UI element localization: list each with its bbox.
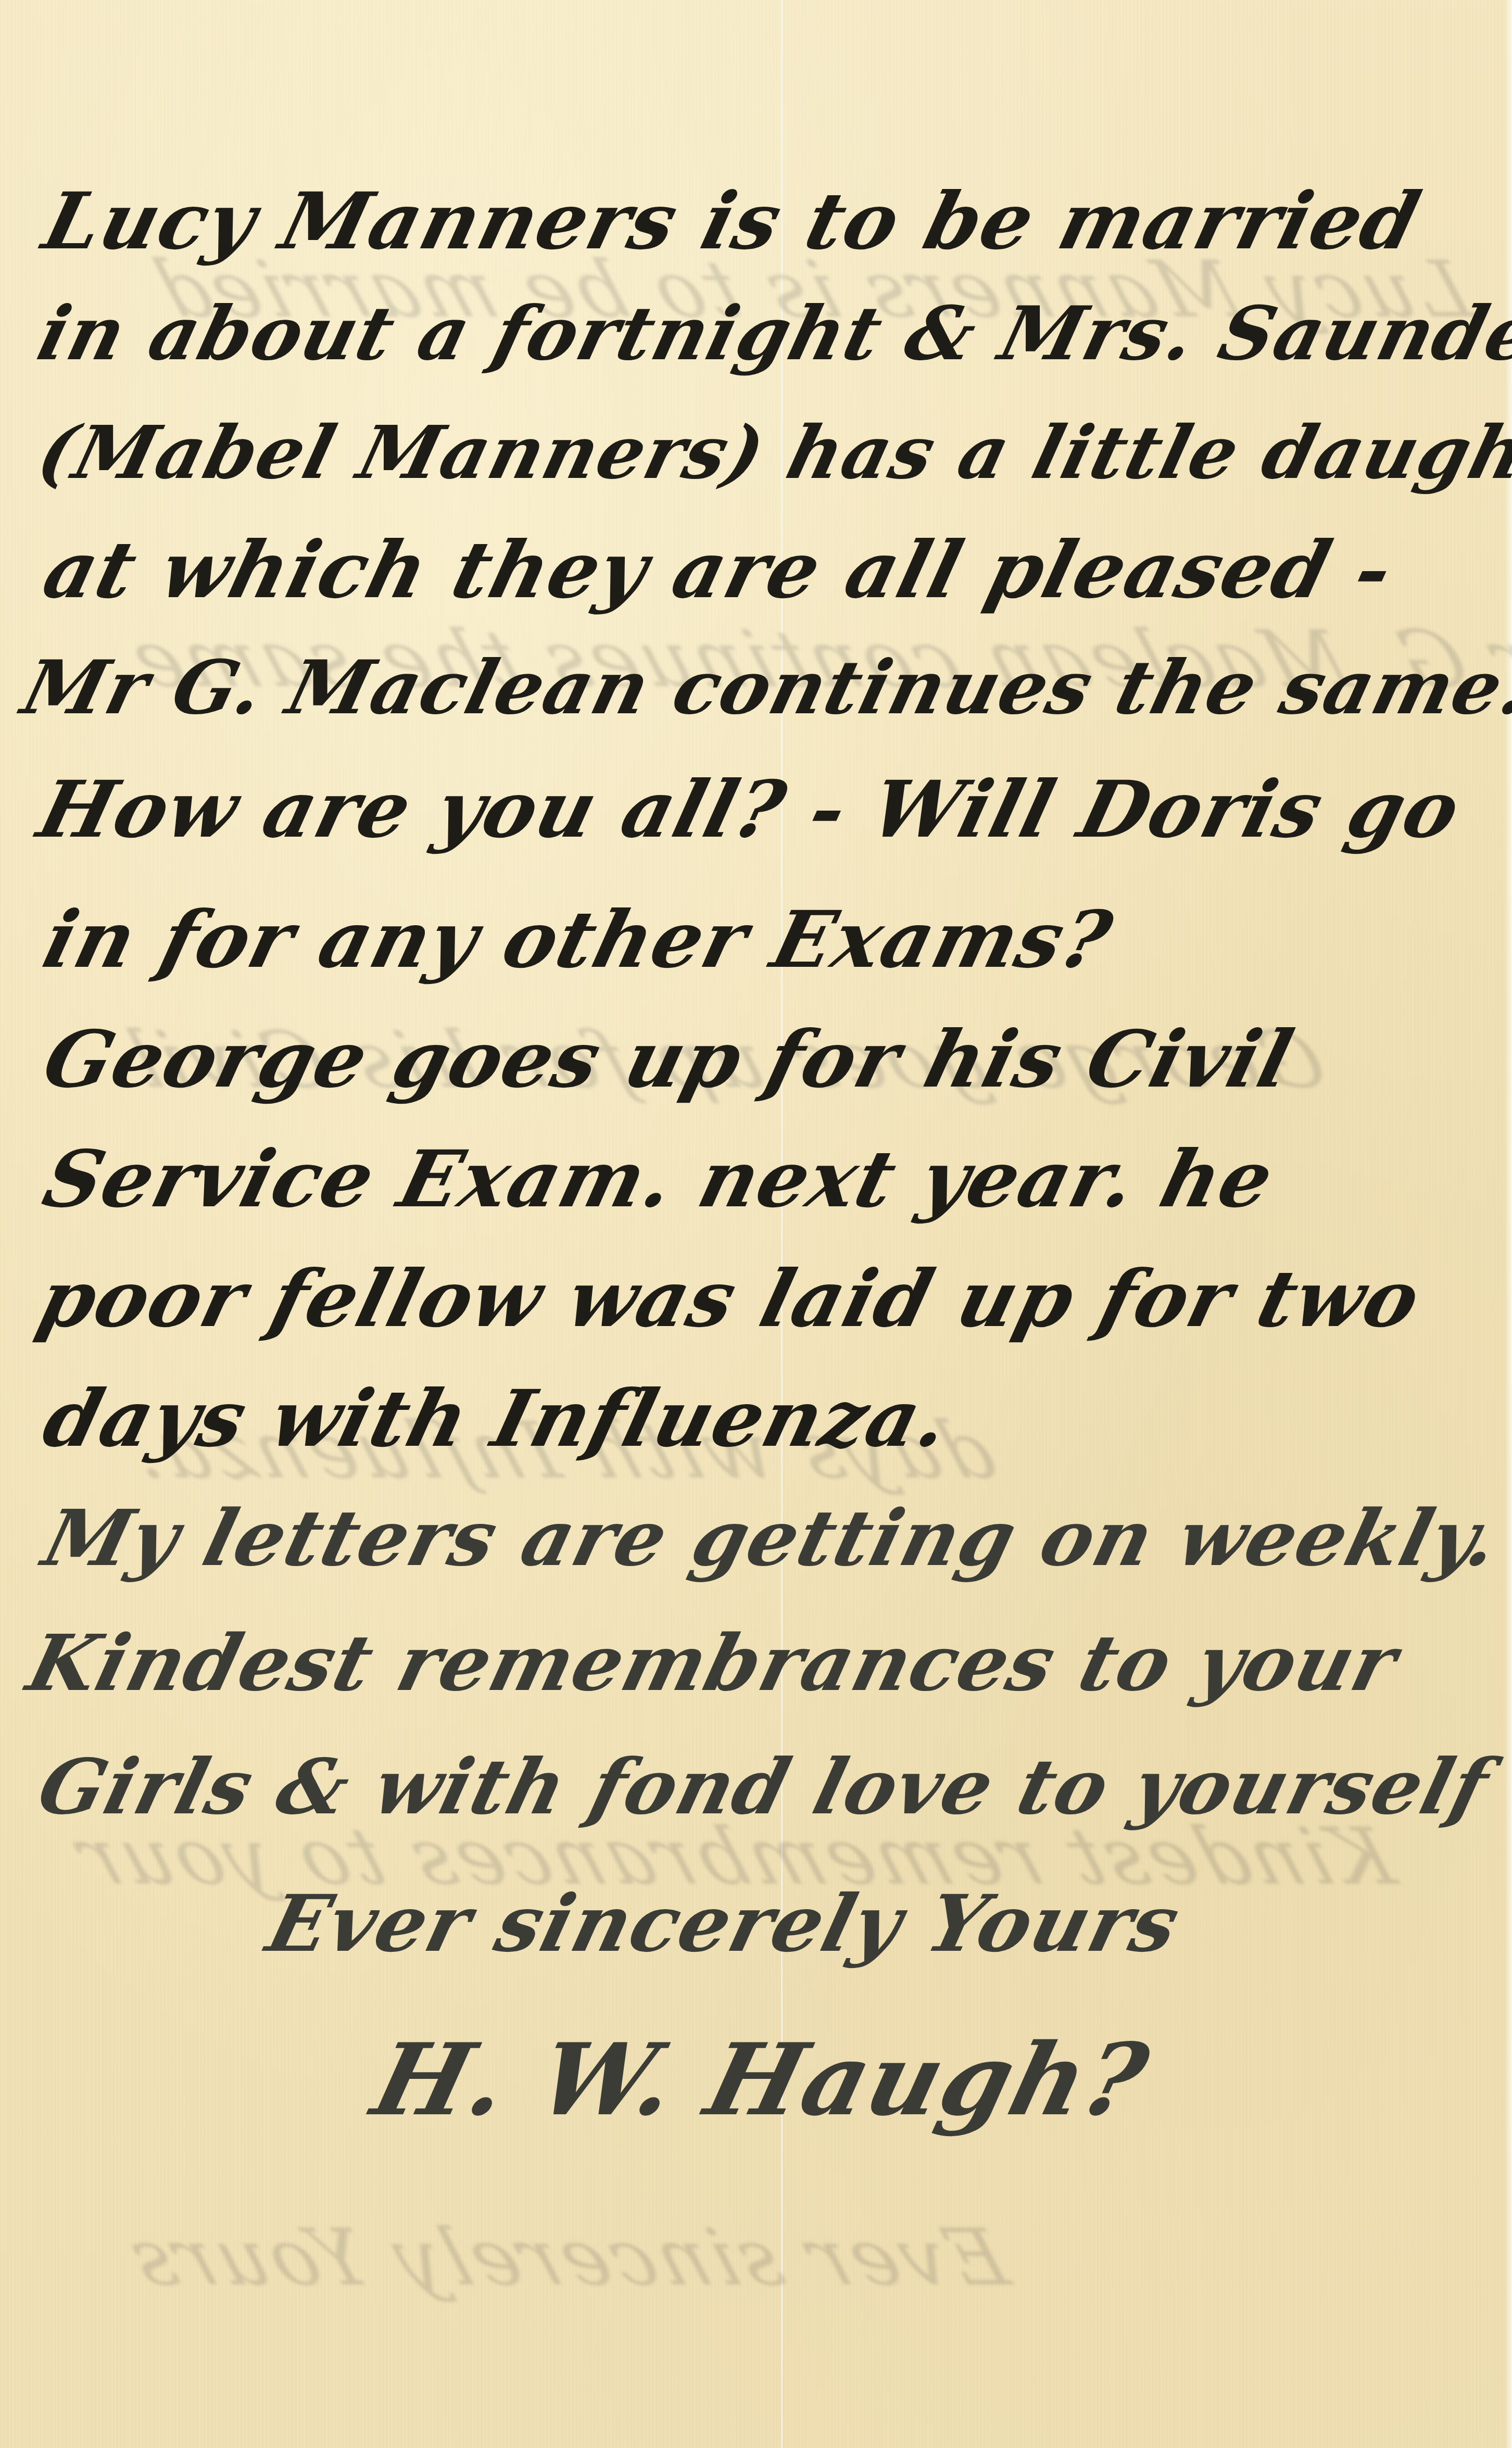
letter-line: Kindest remembrances to your <box>21 1624 1405 1701</box>
letter-line: at which they are all pleased - <box>36 531 1401 609</box>
letter-line: poor fellow was laid up for two <box>31 1260 1428 1338</box>
letter-line: in about a fortnight & Mrs. Saunders <box>31 297 1512 371</box>
letter-line: (Mabel Manners) has a little daughter <box>31 417 1512 489</box>
letter-line: My letters are getting on weekly. <box>36 1499 1507 1576</box>
letter-closing: Ever sincerely Yours <box>260 1885 1187 1963</box>
letter-line: in for any other Exams? <box>36 901 1119 979</box>
letter-line: Mr G. Maclean continues the same. <box>16 651 1512 725</box>
letter-line: George goes up for his Civil <box>36 1020 1301 1099</box>
letter-line: Lucy Manners is to be married <box>36 182 1428 260</box>
letter-line: Service Exam. next year. he <box>36 1140 1281 1218</box>
letter-line: Girls & with fond love to yourself <box>31 1749 1496 1825</box>
letter-line: days with Influenza. <box>36 1380 957 1458</box>
letter-signature: H. W. Haugh? <box>364 2030 1157 2129</box>
letter-line: How are you all? - Will Doris go <box>31 771 1468 849</box>
letter-body: Lucy Manners is to be married in about a… <box>0 0 1512 2448</box>
